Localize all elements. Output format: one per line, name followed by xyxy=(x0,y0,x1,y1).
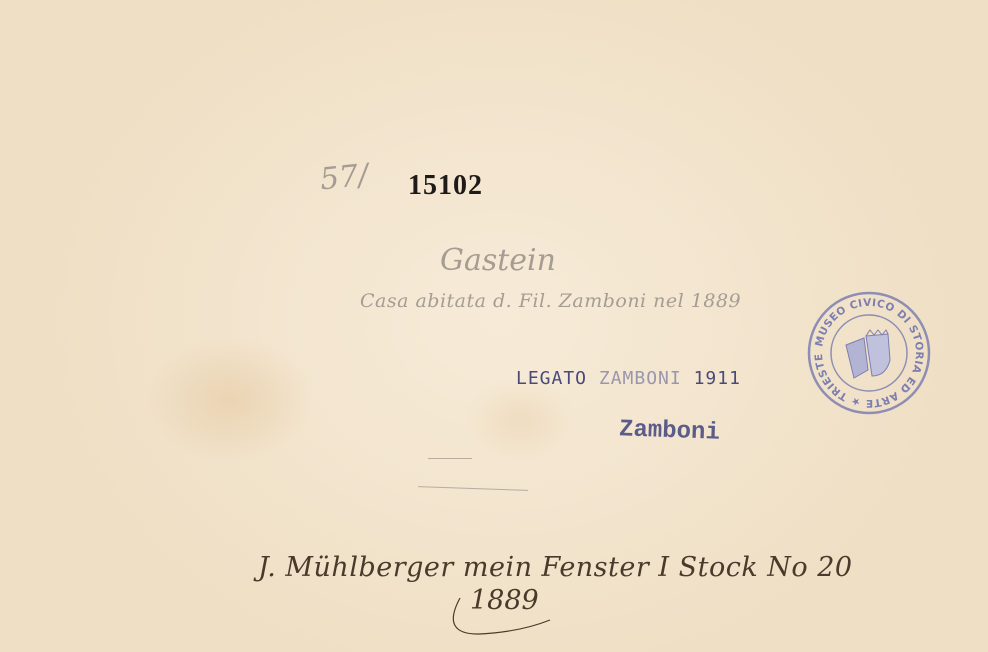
legato-stamp-name: ZAMBONI xyxy=(599,368,682,389)
faint-mark xyxy=(428,458,472,459)
pencil-reference-number: 57/ xyxy=(318,158,370,198)
document-sheet: 57/ 15102 Gastein Casa abitata d. Fil. Z… xyxy=(0,0,988,652)
accession-number: 15102 xyxy=(408,170,483,202)
ink-flourish-icon xyxy=(440,590,560,640)
pencil-caption: Casa abitata d. Fil. Zamboni nel 1889 xyxy=(360,290,741,312)
legato-stamp-label: LEGATO xyxy=(516,368,587,389)
ink-inscription-line1: J. Mühlberger mein Fenster I Stock No 20 xyxy=(258,552,853,583)
legato-stamp: LEGATO ZAMBONI 1911 xyxy=(516,368,741,389)
museum-seal-icon: MUSEO CIVICO DI STORIA ED ARTE ★ TRIESTE… xyxy=(806,290,932,416)
pencil-place-name: Gastein xyxy=(440,243,556,278)
legato-stamp-year: 1911 xyxy=(694,368,741,389)
zamboni-stamp: Zamboni xyxy=(619,416,721,447)
faint-mark xyxy=(418,486,528,491)
